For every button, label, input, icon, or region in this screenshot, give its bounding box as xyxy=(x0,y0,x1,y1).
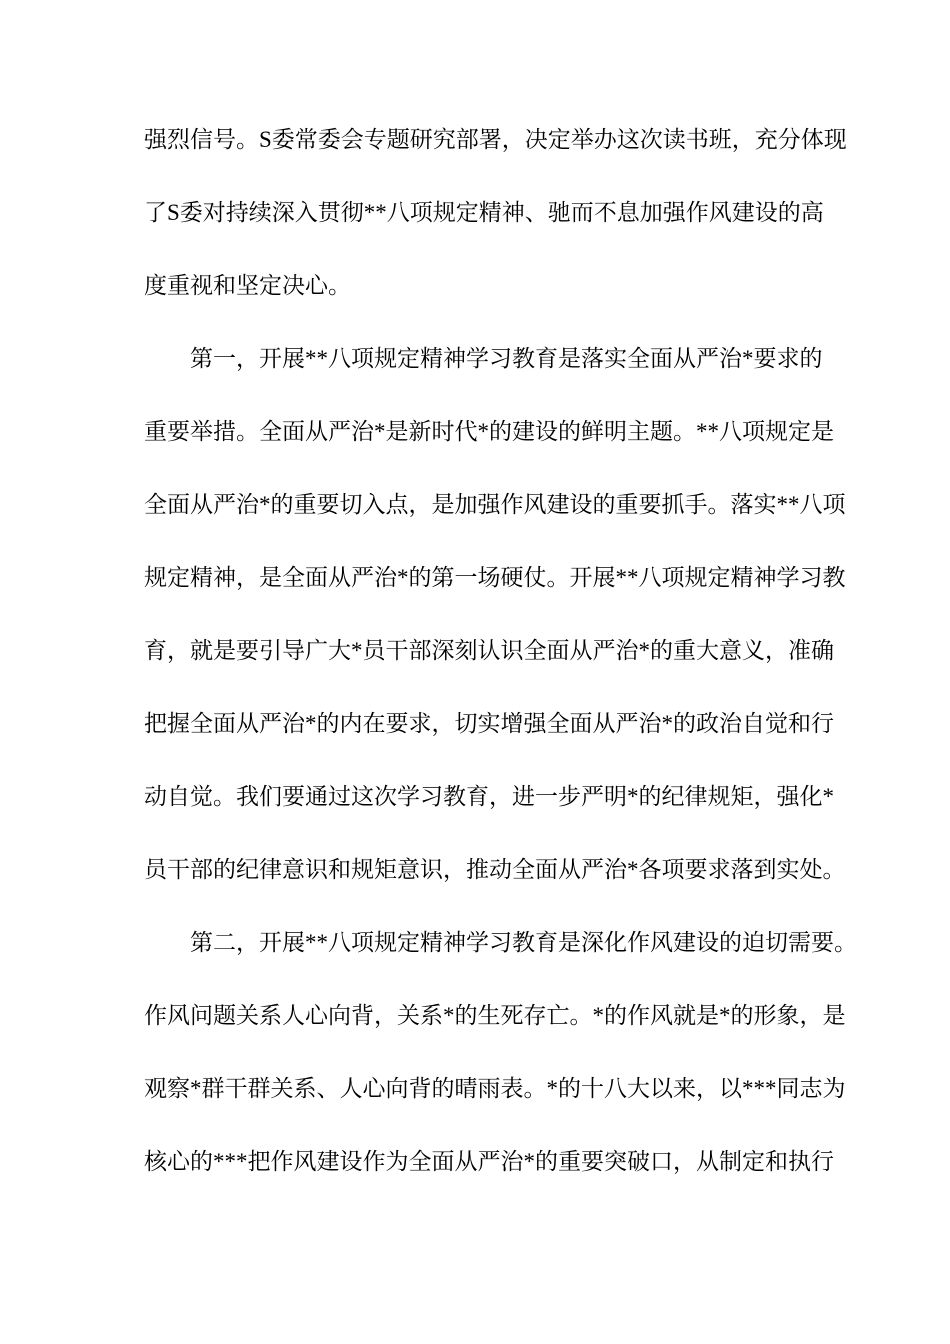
text-line: 动自觉。我们要通过这次学习教育，进一步严明*的纪律规矩，强化* xyxy=(144,760,860,833)
text-line: 了S委对持续深入贯彻**八项规定精神、驰而不息加强作风建设的高 xyxy=(144,176,860,249)
text-line: 观察*群干群关系、人心向背的晴雨表。*的十八大以来，以***同志为 xyxy=(144,1052,860,1125)
text-line: 第二，开展**八项规定精神学习教育是深化作风建设的迫切需要。 xyxy=(144,906,860,979)
document-body: 强烈信号。S委常委会专题研究部署，决定举办这次读书班，充分体现 了S委对持续深入… xyxy=(144,103,860,1198)
text-line: 核心的***把作风建设作为全面从严治*的重要突破口，从制定和执行 xyxy=(144,1125,860,1198)
document-page: 强烈信号。S委常委会专题研究部署，决定举办这次读书班，充分体现 了S委对持续深入… xyxy=(0,0,950,1344)
text-line: 强烈信号。S委常委会专题研究部署，决定举办这次读书班，充分体现 xyxy=(144,103,860,176)
text-line: 把握全面从严治*的内在要求，切实增强全面从严治*的政治自觉和行 xyxy=(144,687,860,760)
text-line: 重要举措。全面从严治*是新时代*的建设的鲜明主题。**八项规定是 xyxy=(144,395,860,468)
text-line: 第一，开展**八项规定精神学习教育是落实全面从严治*要求的 xyxy=(144,322,860,395)
text-line: 作风问题关系人心向背，关系*的生死存亡。*的作风就是*的形象，是 xyxy=(144,979,860,1052)
text-line: 度重视和坚定决心。 xyxy=(144,249,860,322)
text-line: 育，就是要引导广大*员干部深刻认识全面从严治*的重大意义，准确 xyxy=(144,614,860,687)
text-line: 规定精神，是全面从严治*的第一场硬仗。开展**八项规定精神学习教 xyxy=(144,541,860,614)
text-line: 全面从严治*的重要切入点，是加强作风建设的重要抓手。落实**八项 xyxy=(144,468,860,541)
text-line: 员干部的纪律意识和规矩意识，推动全面从严治*各项要求落到实处。 xyxy=(144,833,860,906)
